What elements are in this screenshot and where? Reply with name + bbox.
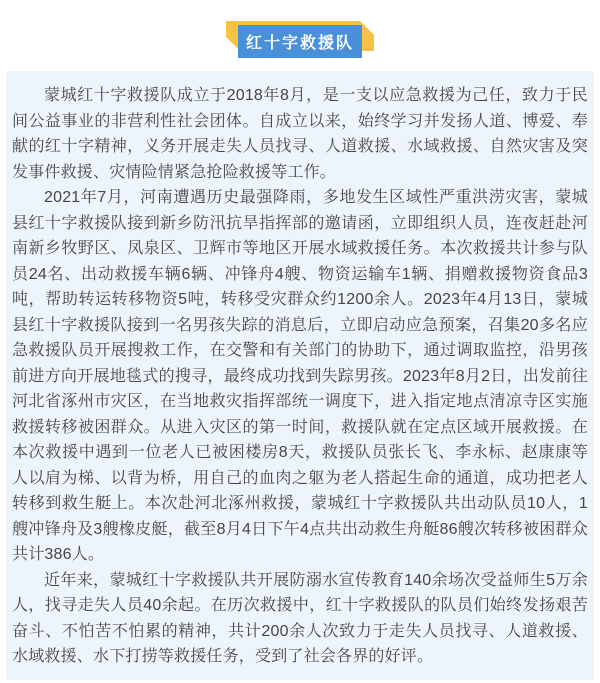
article-page: 红十字救援队 蒙城红十字救援队成立于2018年8月，是一支以应急救援为己任，致力… xyxy=(0,0,600,683)
article-box: 蒙城红十字救援队成立于2018年8月，是一支以应急救援为己任，致力于民间公益事业… xyxy=(6,71,594,680)
article-paragraph: 蒙城红十字救援队成立于2018年8月，是一支以应急救援为己任，致力于民间公益事业… xyxy=(12,83,588,185)
title-badge: 红十字救援队 xyxy=(226,21,374,58)
article-paragraph: 2021年7月，河南遭遇历史最强降雨，多地发生区域性严重洪涝灾害，蒙城县红十字救… xyxy=(12,185,588,568)
title-badge-face: 红十字救援队 xyxy=(238,25,362,58)
article-paragraph: 近年来，蒙城红十字救援队共开展防溺水宣传教育140余场次受益师生5万余人，找寻走… xyxy=(12,568,588,670)
page-title: 红十字救援队 xyxy=(246,30,354,53)
